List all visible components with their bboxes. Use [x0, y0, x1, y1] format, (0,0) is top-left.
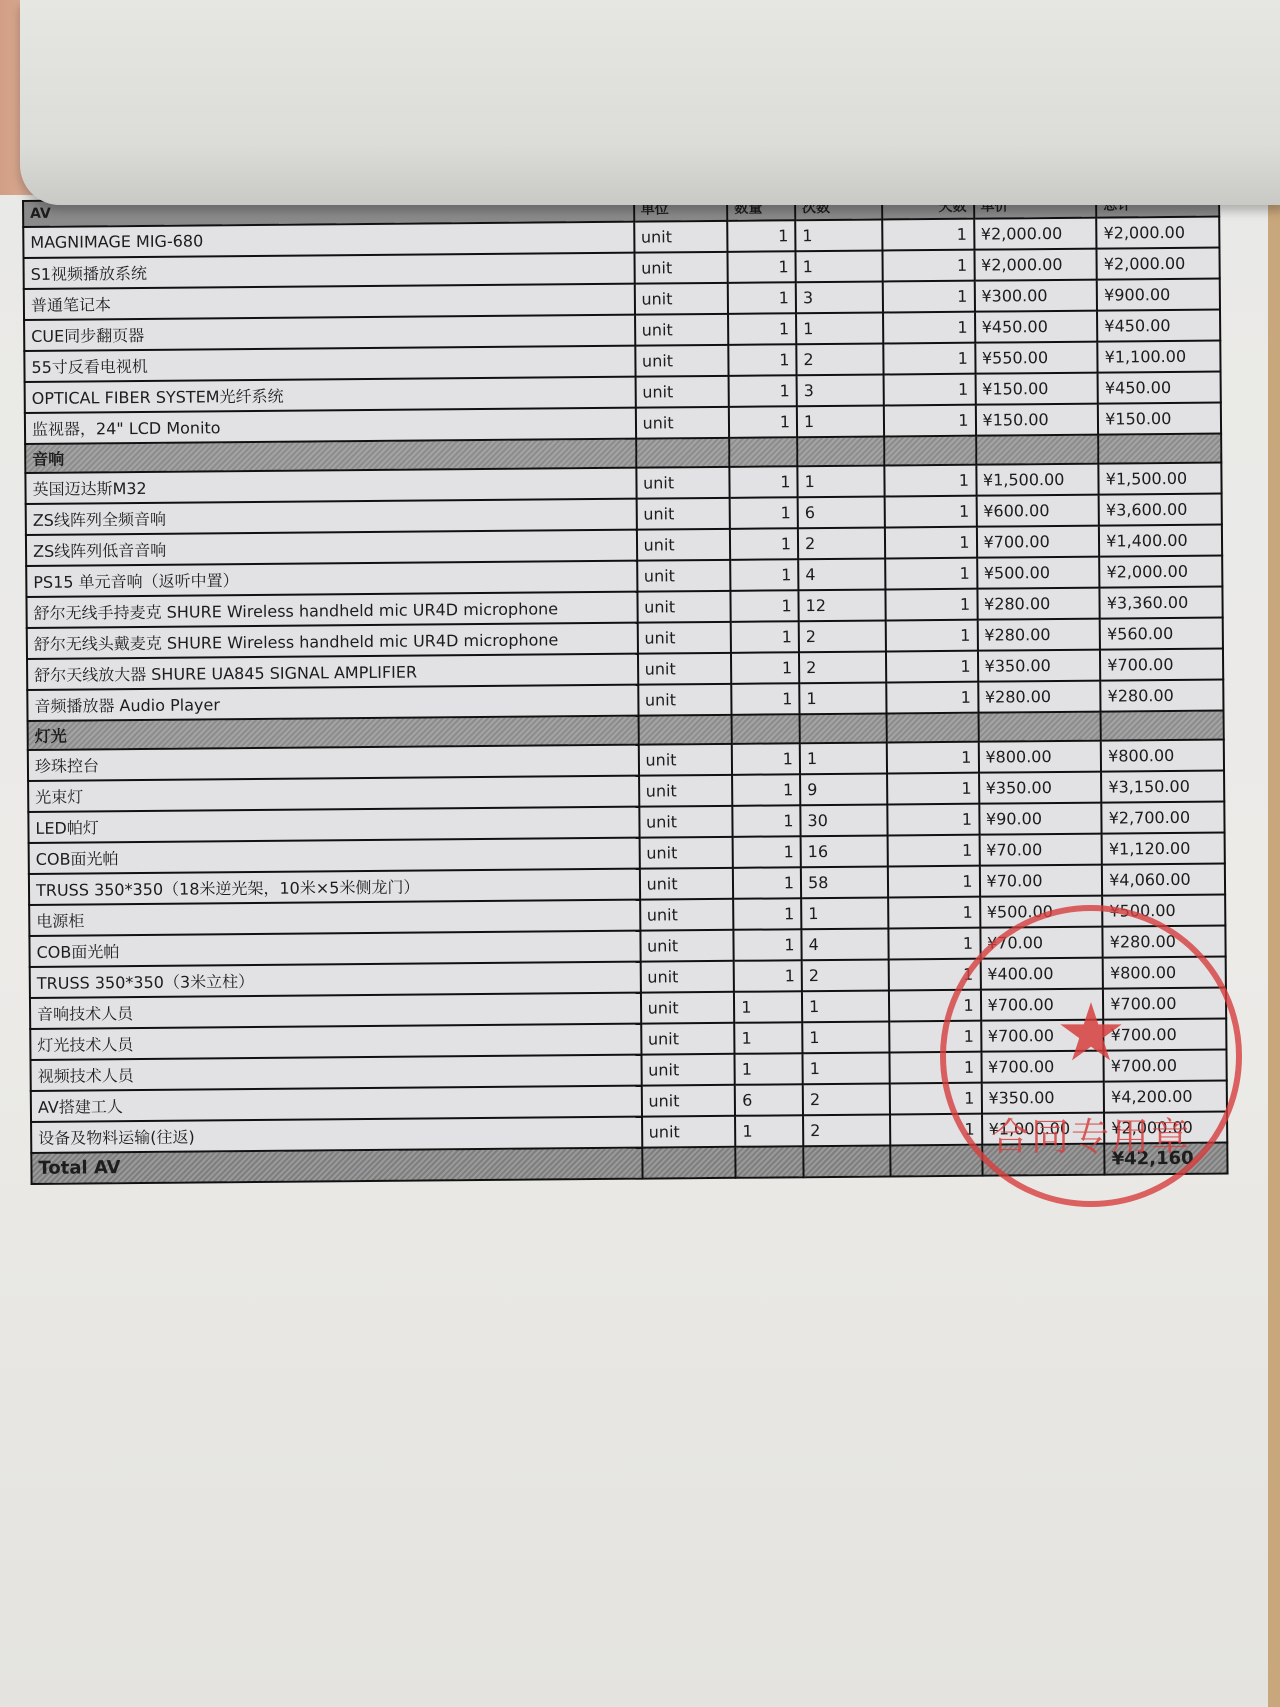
item-times: 6	[798, 496, 885, 528]
item-unit-price: ¥800.00	[978, 741, 1101, 773]
item-quantity: 1	[731, 652, 799, 684]
item-days: 1	[886, 620, 978, 652]
item-quantity: 1	[732, 774, 800, 806]
item-total: ¥1,120.00	[1102, 833, 1225, 865]
item-total: ¥1,400.00	[1099, 525, 1222, 557]
item-unit-price: ¥450.00	[975, 311, 1098, 343]
item-total: ¥280.00	[1100, 680, 1223, 712]
item-unit-price: ¥700.00	[980, 989, 1103, 1021]
item-days: 1	[885, 527, 977, 559]
item-total: ¥3,600.00	[1099, 494, 1222, 526]
item-times: 3	[796, 281, 883, 313]
item-quantity: 6	[735, 1084, 803, 1116]
item-days: 1	[887, 804, 979, 836]
item-unit: unit	[641, 1023, 735, 1055]
item-total: ¥700.00	[1103, 988, 1226, 1020]
item-unit: unit	[638, 684, 732, 716]
item-times: 1	[802, 1021, 889, 1053]
item-unit-price: ¥70.00	[979, 865, 1102, 897]
item-quantity: 1	[732, 683, 800, 715]
item-times: 2	[802, 959, 889, 991]
item-times: 2	[796, 343, 883, 375]
item-unit-price: ¥700.00	[981, 1051, 1104, 1083]
item-days: 1	[890, 1114, 982, 1146]
item-times: 1	[800, 742, 887, 774]
item-unit-price: ¥150.00	[975, 373, 1098, 405]
item-unit-price: ¥600.00	[976, 495, 1099, 527]
item-days: 1	[888, 866, 980, 898]
item-unit: unit	[636, 467, 730, 499]
item-unit: unit	[636, 498, 730, 530]
item-total: ¥900.00	[1097, 279, 1220, 311]
item-total: ¥280.00	[1103, 926, 1226, 958]
item-unit-price: ¥280.00	[977, 588, 1100, 620]
desk-edge	[1266, 180, 1280, 1707]
item-quantity: 1	[728, 282, 796, 314]
item-unit: unit	[639, 868, 733, 900]
item-quantity: 1	[733, 898, 801, 930]
item-unit: unit	[634, 283, 728, 315]
item-days: 1	[888, 928, 980, 960]
item-days: 1	[885, 558, 977, 590]
item-quantity: 1	[730, 466, 798, 498]
item-unit: unit	[641, 1054, 735, 1086]
item-unit: unit	[637, 560, 731, 592]
item-times: 1	[796, 250, 883, 282]
item-total: ¥1,500.00	[1099, 463, 1222, 495]
item-unit-price: ¥90.00	[979, 803, 1102, 835]
item-times: 2	[799, 651, 886, 683]
item-times: 12	[798, 589, 885, 621]
item-quantity: 1	[733, 836, 801, 868]
item-quantity: 1	[728, 251, 796, 283]
item-quantity: 1	[732, 743, 800, 775]
item-times: 2	[803, 1083, 890, 1115]
quotation-table: AV 单位 数量 次数 天数 单价 总计 MAGNIMAGE MIG-680un…	[22, 190, 1229, 1185]
item-days: 1	[883, 312, 975, 344]
item-times: 9	[800, 773, 887, 805]
item-unit: unit	[639, 775, 733, 807]
flipped-page-over	[20, 0, 1280, 205]
item-times: 1	[797, 465, 884, 497]
item-days: 1	[888, 897, 980, 929]
item-total: ¥700.00	[1104, 1050, 1227, 1082]
item-unit-price: ¥350.00	[979, 772, 1102, 804]
item-quantity: 1	[729, 344, 797, 376]
item-quantity: 1	[733, 867, 801, 899]
item-unit-price: ¥1,500.00	[976, 464, 1099, 496]
table-body: MAGNIMAGE MIG-680unit111¥2,000.00¥2,000.…	[23, 217, 1227, 1153]
item-times: 1	[799, 682, 886, 714]
item-days: 1	[882, 250, 974, 282]
item-total: ¥700.00	[1100, 649, 1223, 681]
item-total: ¥4,060.00	[1102, 864, 1225, 896]
item-unit-price: ¥550.00	[975, 342, 1098, 374]
item-total: ¥450.00	[1098, 372, 1221, 404]
item-quantity: 1	[730, 528, 798, 560]
item-unit: unit	[634, 221, 728, 253]
item-days: 1	[889, 1021, 981, 1053]
item-quantity: 1	[730, 497, 798, 529]
item-days: 1	[886, 682, 978, 714]
item-quantity: 1	[731, 621, 799, 653]
item-times: 2	[803, 1114, 890, 1146]
item-times: 1	[802, 990, 889, 1022]
item-unit: unit	[641, 1085, 735, 1117]
item-unit-price: ¥1,000.00	[982, 1113, 1105, 1145]
item-unit: unit	[635, 376, 729, 408]
quotation-table-container: AV 单位 数量 次数 天数 单价 总计 MAGNIMAGE MIG-680un…	[22, 190, 1229, 1185]
item-unit: unit	[635, 314, 729, 346]
item-unit-price: ¥400.00	[980, 958, 1103, 990]
item-total: ¥560.00	[1100, 618, 1223, 650]
item-quantity: 1	[729, 406, 797, 438]
item-unit-price: ¥70.00	[979, 834, 1102, 866]
item-total: ¥150.00	[1098, 403, 1221, 435]
item-unit-price: ¥280.00	[977, 619, 1100, 651]
item-days: 1	[883, 343, 975, 375]
item-times: 4	[801, 928, 888, 960]
item-days: 1	[887, 773, 979, 805]
item-total: ¥800.00	[1103, 957, 1226, 989]
item-days: 1	[885, 589, 977, 621]
item-unit: unit	[640, 930, 734, 962]
item-unit: unit	[641, 992, 735, 1024]
item-times: 1	[797, 405, 884, 437]
item-times: 16	[801, 835, 888, 867]
item-unit-price: ¥2,000.00	[974, 218, 1097, 250]
item-unit-price: ¥300.00	[974, 280, 1097, 312]
item-total: ¥3,360.00	[1100, 587, 1223, 619]
item-unit-price: ¥500.00	[977, 557, 1100, 589]
item-days: 1	[887, 835, 979, 867]
item-unit-price: ¥150.00	[975, 404, 1098, 436]
item-times: 1	[796, 312, 883, 344]
item-total: ¥2,700.00	[1102, 802, 1225, 834]
item-unit-price: ¥700.00	[976, 526, 1099, 558]
item-quantity: 1	[733, 805, 801, 837]
item-unit: unit	[642, 1116, 736, 1148]
item-days: 1	[890, 1083, 982, 1115]
item-times: 58	[801, 866, 888, 898]
item-total: ¥2,000.00	[1099, 556, 1222, 588]
item-quantity: 1	[735, 1115, 803, 1147]
item-unit: unit	[637, 591, 731, 623]
item-total: ¥500.00	[1102, 895, 1225, 927]
item-quantity: 1	[730, 559, 798, 591]
item-quantity: 1	[729, 375, 797, 407]
item-total: ¥2,000.00	[1097, 248, 1220, 280]
item-times: 1	[795, 219, 882, 251]
item-days: 1	[882, 219, 974, 251]
item-times: 2	[799, 620, 886, 652]
item-times: 1	[801, 897, 888, 929]
item-quantity: 1	[727, 220, 795, 252]
item-times: 30	[800, 804, 887, 836]
item-unit-price: ¥70.00	[980, 927, 1103, 959]
item-days: 1	[889, 1052, 981, 1084]
total-value: ¥42,160	[1105, 1143, 1228, 1175]
item-unit: unit	[636, 529, 730, 561]
total-label: Total AV	[31, 1148, 642, 1184]
item-total: ¥700.00	[1103, 1019, 1226, 1051]
item-quantity: 1	[734, 929, 802, 961]
item-days: 1	[889, 990, 981, 1022]
item-unit-price: ¥2,000.00	[974, 249, 1097, 281]
item-total: ¥2,000.00	[1104, 1112, 1227, 1144]
item-days: 1	[883, 374, 975, 406]
item-quantity: 1	[734, 991, 802, 1023]
item-unit-price: ¥280.00	[978, 681, 1101, 713]
item-days: 1	[887, 742, 979, 774]
item-unit: unit	[634, 252, 728, 284]
item-quantity: 1	[734, 1022, 802, 1054]
item-total: ¥450.00	[1097, 310, 1220, 342]
item-total: ¥800.00	[1101, 740, 1224, 772]
item-days: 1	[886, 651, 978, 683]
item-days: 1	[885, 496, 977, 528]
item-total: ¥3,150.00	[1101, 771, 1224, 803]
item-days: 1	[889, 959, 981, 991]
item-unit: unit	[639, 806, 733, 838]
item-unit: unit	[638, 653, 732, 685]
item-times: 3	[797, 374, 884, 406]
item-unit-price: ¥700.00	[981, 1020, 1104, 1052]
item-unit: unit	[635, 407, 729, 439]
item-unit-price: ¥350.00	[978, 650, 1101, 682]
item-unit: unit	[638, 744, 732, 776]
item-unit-price: ¥350.00	[981, 1082, 1104, 1114]
item-total: ¥2,000.00	[1096, 217, 1219, 249]
item-times: 1	[803, 1052, 890, 1084]
item-days: 1	[884, 405, 976, 437]
item-quantity: 1	[728, 313, 796, 345]
item-quantity: 1	[731, 590, 799, 622]
item-unit: unit	[640, 899, 734, 931]
item-unit: unit	[635, 345, 729, 377]
item-times: 2	[798, 527, 885, 559]
item-days: 1	[883, 281, 975, 313]
item-times: 4	[798, 558, 885, 590]
item-unit: unit	[637, 622, 731, 654]
item-total: ¥1,100.00	[1098, 341, 1221, 373]
item-unit-price: ¥500.00	[980, 896, 1103, 928]
item-unit: unit	[639, 837, 733, 869]
item-quantity: 1	[734, 960, 802, 992]
item-total: ¥4,200.00	[1104, 1081, 1227, 1113]
item-unit: unit	[640, 961, 734, 993]
item-quantity: 1	[735, 1053, 803, 1085]
item-days: 1	[884, 465, 976, 497]
